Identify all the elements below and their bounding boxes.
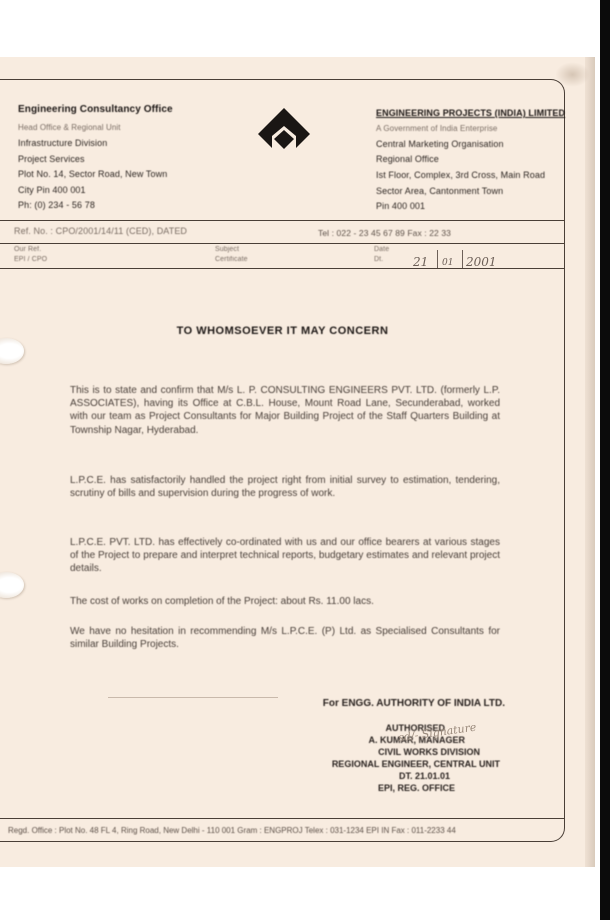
page-edge-shadow bbox=[585, 57, 595, 867]
footer-address: Regd. Office : Plot No. 48 FL 4, Ring Ro… bbox=[8, 826, 456, 835]
letter-title: TO WHOMSOEVER IT MAY CONCERN bbox=[0, 325, 565, 337]
recipient-line: Sector Area, Cantonment Town bbox=[376, 186, 503, 196]
date-separator bbox=[437, 250, 438, 268]
our-ref-label: Our Ref. bbox=[14, 246, 41, 253]
date-month: 01 bbox=[442, 258, 453, 268]
date-separator bbox=[462, 250, 463, 268]
signatory-line: REGIONAL ENGINEER, CENTRAL UNIT bbox=[260, 758, 500, 770]
body-paragraph: This is to state and confirm that M/s L.… bbox=[70, 384, 500, 437]
reference-number: Ref. No. : CPO/2001/14/11 (CED), DATED bbox=[14, 226, 187, 236]
recipient-line: A Government of India Enterprise bbox=[376, 124, 498, 133]
body-paragraph: We have no hesitation in recommending M/… bbox=[70, 625, 500, 651]
sender-line: Head Office & Regional Unit bbox=[18, 123, 121, 132]
date-prefix: Dt. bbox=[374, 256, 383, 263]
viewer-border bbox=[600, 0, 610, 920]
sender-line: Project Services bbox=[18, 154, 85, 164]
body-paragraph: L.P.C.E. has satisfactorily handled the … bbox=[70, 474, 500, 500]
date-label: Date bbox=[374, 246, 389, 253]
recipient-line: Central Marketing Organisation bbox=[376, 139, 504, 149]
recipient-line: Ist Floor, Complex, 3rd Cross, Main Road bbox=[376, 170, 545, 180]
sender-line: Infrastructure Division bbox=[18, 138, 107, 148]
recipient-name: ENGINEERING PROJECTS (INDIA) LIMITED bbox=[376, 108, 565, 118]
sender-line: Ph: (0) 234 - 56 78 bbox=[18, 200, 95, 210]
signatory-line: EPI, REG. OFFICE bbox=[260, 782, 455, 794]
sender-line: City Pin 400 001 bbox=[18, 185, 86, 195]
company-logo-icon bbox=[258, 108, 310, 150]
sender-name: Engineering Consultancy Office bbox=[18, 104, 173, 115]
body-paragraph: The cost of works on completion of the P… bbox=[70, 595, 500, 608]
body-paragraph: L.P.C.E. PVT. LTD. has effectively co-or… bbox=[70, 536, 500, 576]
date-day: 21 bbox=[413, 255, 428, 269]
subject-label: Subject bbox=[215, 246, 239, 253]
sender-line: Plot No. 14, Sector Road, New Town bbox=[18, 169, 167, 179]
signatory-line: DT. 21.01.01 bbox=[260, 770, 450, 782]
recipient-line: Regional Office bbox=[376, 154, 439, 164]
contact-numbers: Tel : 022 - 23 45 67 89 Fax : 22 33 bbox=[318, 228, 451, 238]
signatory-org: For ENGG. AUTHORITY OF INDIA LTD. bbox=[260, 698, 505, 710]
signature-rule bbox=[108, 697, 278, 698]
subject-value: Certificate bbox=[215, 256, 248, 263]
footer-divider bbox=[0, 818, 565, 819]
header-divider bbox=[0, 220, 565, 221]
reference-divider bbox=[0, 243, 565, 244]
date-year: 2001 bbox=[466, 255, 497, 269]
recipient-line: Pin 400 001 bbox=[376, 201, 425, 211]
signature-block: For ENGG. AUTHORITY OF INDIA LTD. AUTHOR… bbox=[260, 698, 505, 794]
our-ref-value: EPI / CPO bbox=[14, 256, 47, 263]
signatory-line: CIVIL WORKS DIVISION bbox=[260, 746, 480, 758]
